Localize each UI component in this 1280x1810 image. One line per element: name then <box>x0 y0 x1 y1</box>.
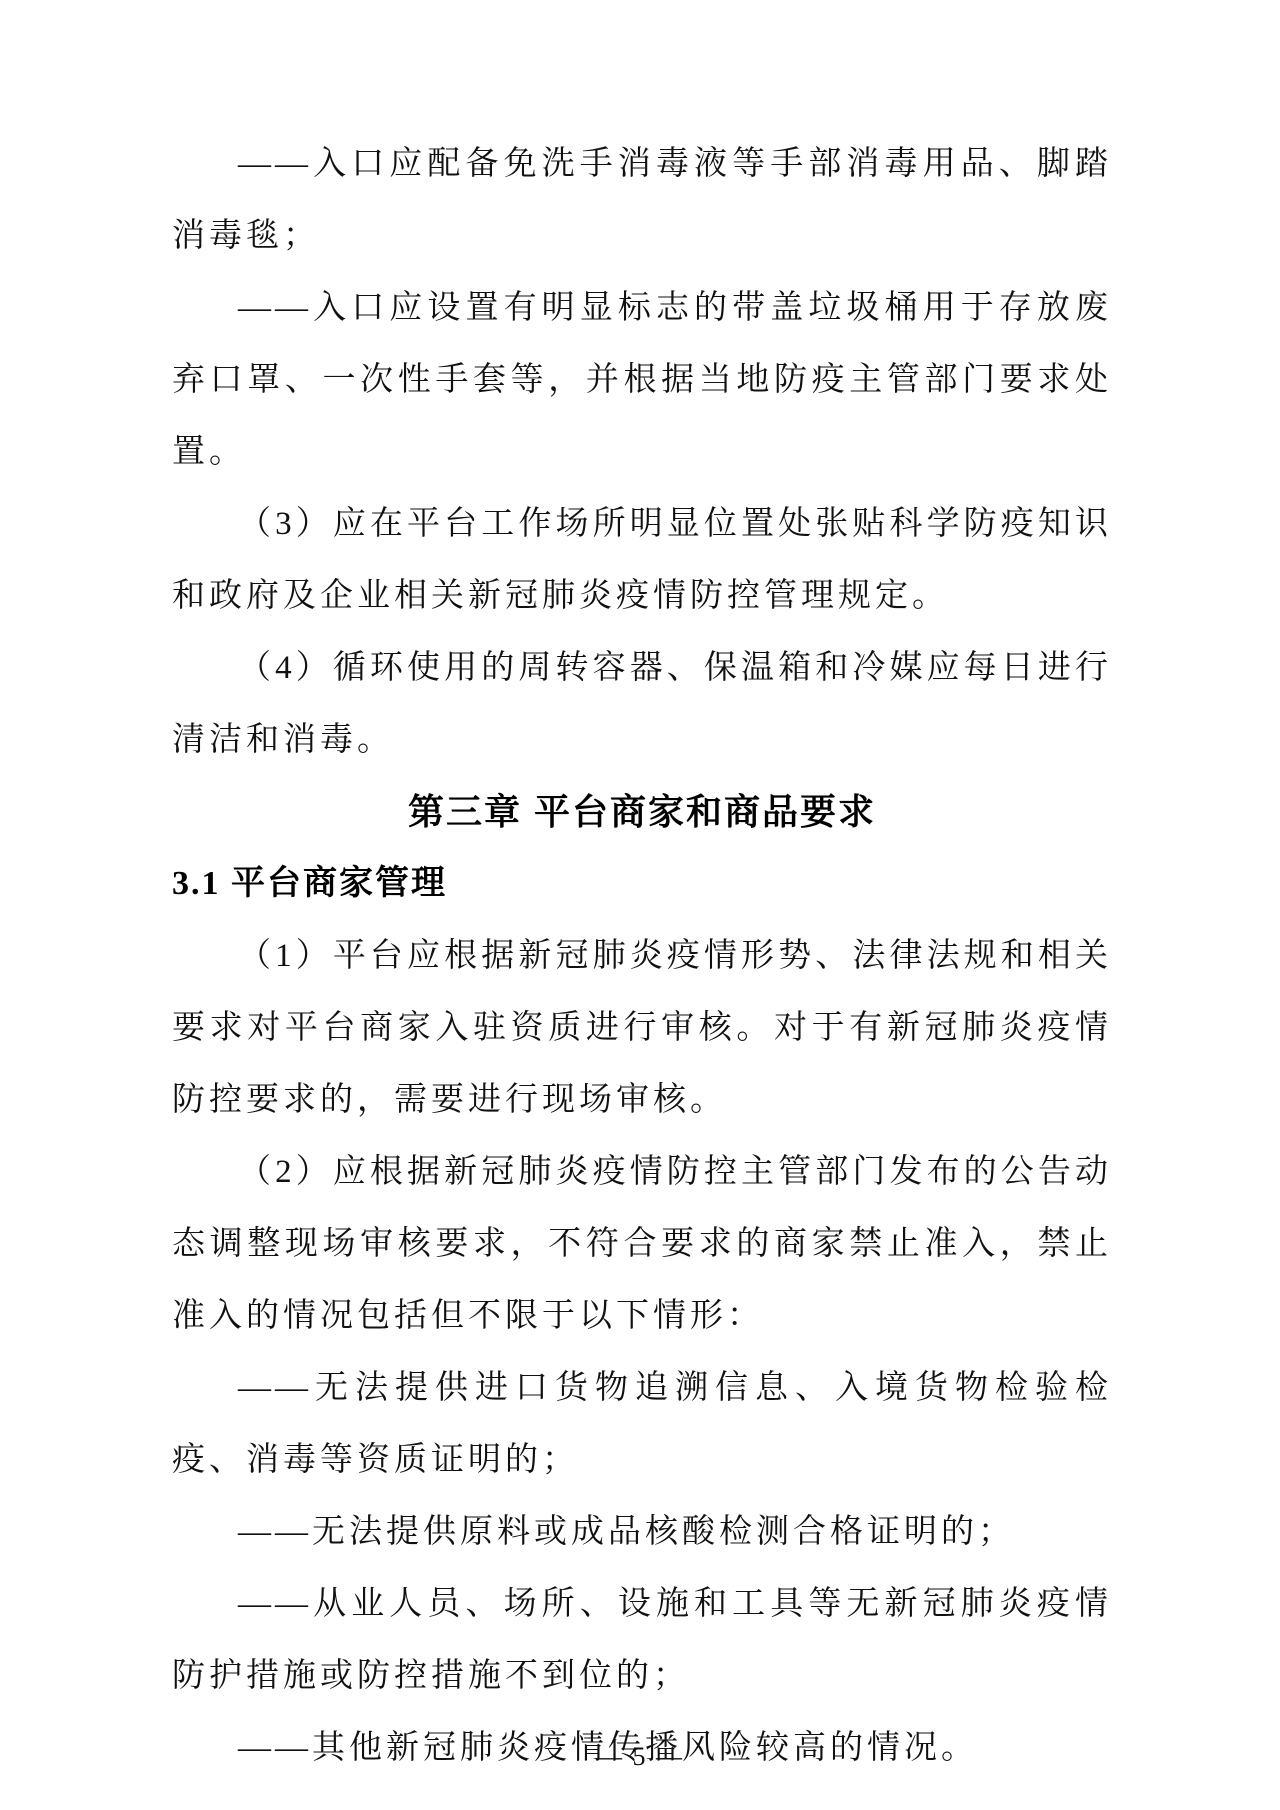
section-heading: 3.1 平台商家管理 <box>172 848 1112 920</box>
body-paragraph: ——无法提供进口货物追溯信息、入境货物检验检疫、消毒等资质证明的； <box>172 1352 1112 1496</box>
body-paragraph: （4）循环使用的周转容器、保温箱和冷媒应每日进行清洁和消毒。 <box>172 632 1112 776</box>
body-paragraph: （3）应在平台工作场所明显位置处张贴科学防疫知识和政府及企业相关新冠肺炎疫情防控… <box>172 488 1112 632</box>
body-paragraph: ——入口应设置有明显标志的带盖垃圾桶用于存放废弃口罩、一次性手套等，并根据当地防… <box>172 272 1112 488</box>
chapter-heading: 第三章 平台商家和商品要求 <box>172 776 1112 848</box>
body-paragraph: （1）平台应根据新冠肺炎疫情形势、法律法规和相关要求对平台商家入驻资质进行审核。… <box>172 920 1112 1136</box>
body-paragraph: （2）应根据新冠肺炎疫情防控主管部门发布的公告动态调整现场审核要求，不符合要求的… <box>172 1136 1112 1352</box>
document-page: ——入口应配备免洗手消毒液等手部消毒用品、脚踏消毒毯； ——入口应设置有明显标志… <box>0 0 1280 1810</box>
body-paragraph: ——无法提供原料或成品核酸检测合格证明的； <box>172 1496 1112 1568</box>
body-paragraph: ——入口应配备免洗手消毒液等手部消毒用品、脚踏消毒毯； <box>172 128 1112 272</box>
document-body: ——入口应配备免洗手消毒液等手部消毒用品、脚踏消毒毯； ——入口应设置有明显标志… <box>172 128 1112 1784</box>
body-paragraph: ——从业人员、场所、设施和工具等无新冠肺炎疫情防护措施或防控措施不到位的； <box>172 1568 1112 1712</box>
page-number: — 5 — <box>0 1742 1280 1772</box>
